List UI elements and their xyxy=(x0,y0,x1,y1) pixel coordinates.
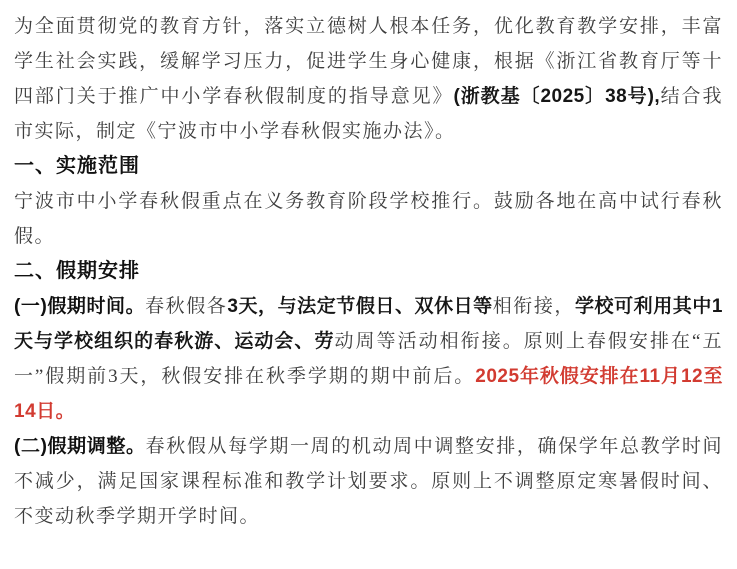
item1-text-3: 相衔接， xyxy=(493,296,575,317)
item1-text-2: 3天，与法定节假日、双休日等 xyxy=(227,296,492,317)
item2-label: (二)假期调整。 xyxy=(14,436,146,457)
intro-text-document-number: (浙教基〔2025〕38号), xyxy=(454,86,661,107)
intro-paragraph: 为全面贯彻党的教育方针，落实立德树人根本任务，优化教育教学安排，丰富学生社会实践… xyxy=(14,9,723,149)
section2-item1-paragraph: (一)假期时间。春秋假各3天，与法定节假日、双休日等相衔接，学校可利用其中1天与… xyxy=(14,289,723,429)
document-page: 为全面贯彻党的教育方针，落实立德树人根本任务，优化教育教学安排，丰富学生社会实践… xyxy=(0,0,737,569)
section2-heading: 二、假期安排 xyxy=(14,254,723,289)
section1-heading: 一、实施范围 xyxy=(14,149,723,184)
item1-label: (一)假期时间。 xyxy=(14,296,145,317)
section2-item2-paragraph: (二)假期调整。春秋假从每学期一周的机动周中调整安排，确保学年总教学时间不减少，… xyxy=(14,429,723,534)
item1-text-1: 春秋假各 xyxy=(145,296,227,317)
section1-body: 宁波市中小学春秋假重点在义务教育阶段学校推行。鼓励各地在高中试行春秋假。 xyxy=(14,184,723,254)
